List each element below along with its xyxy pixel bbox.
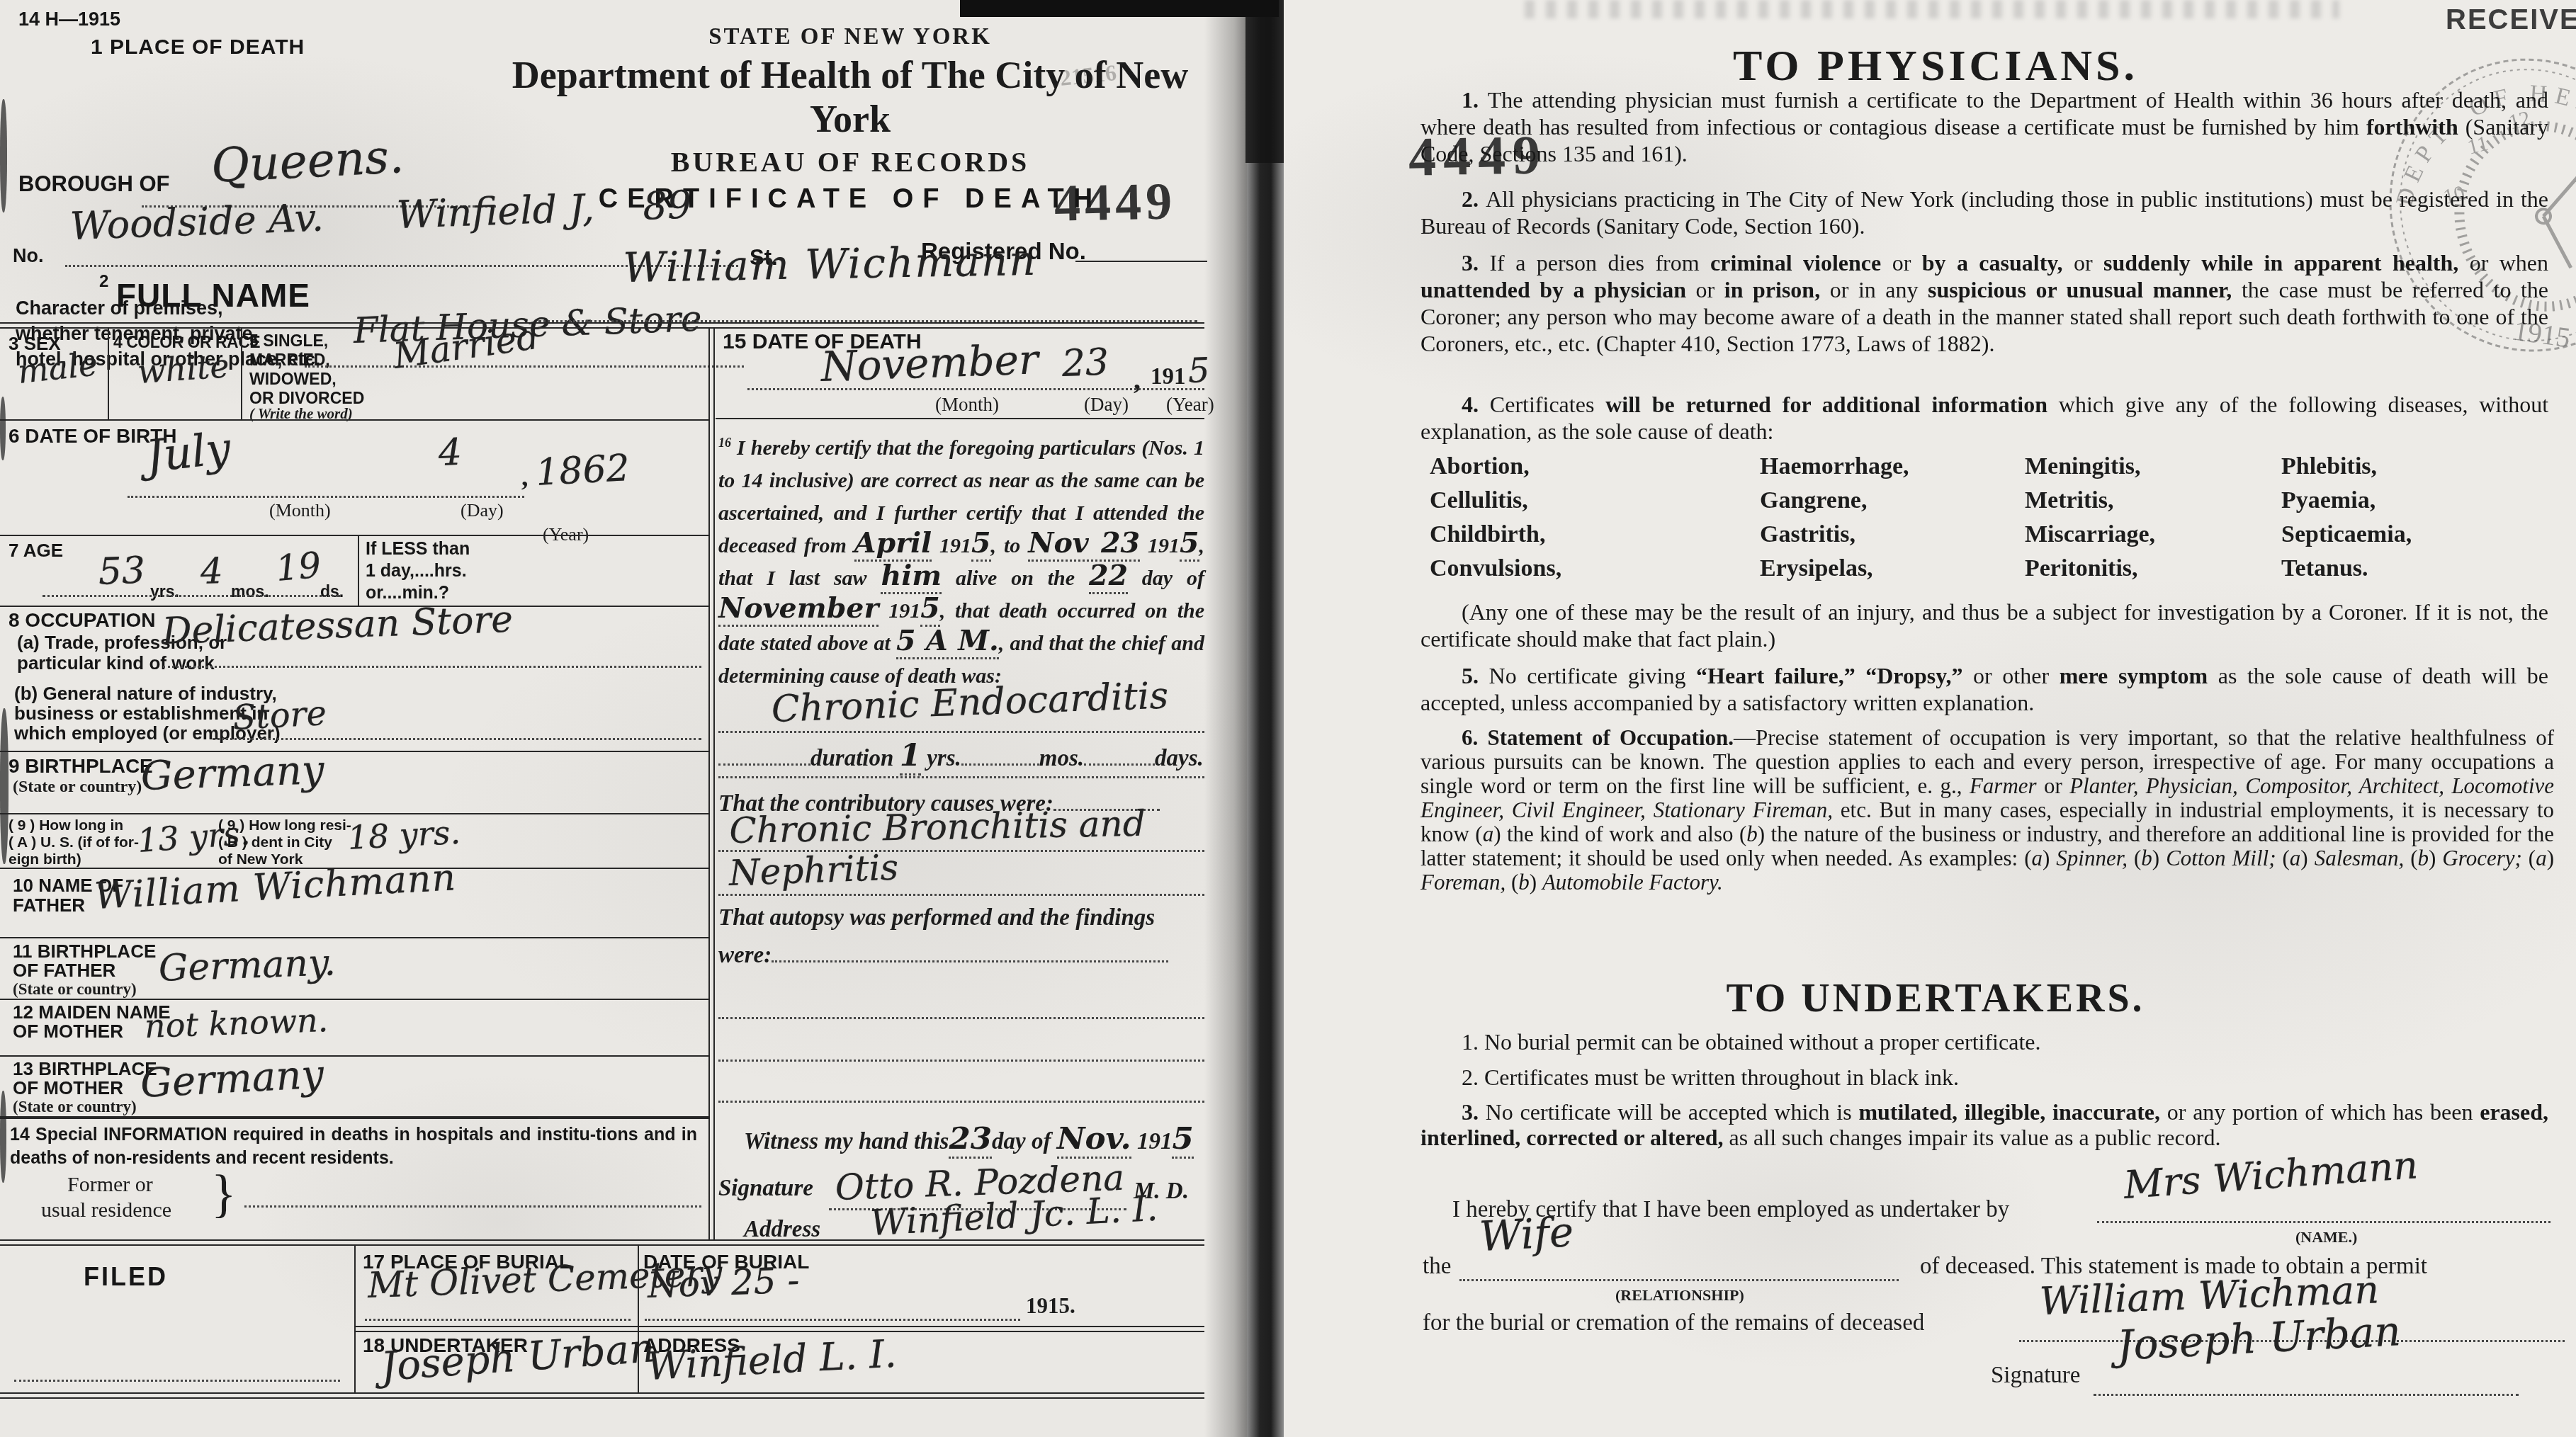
- rule-line: [645, 1319, 1020, 1321]
- rule-line: [128, 496, 524, 498]
- address-label: Address: [744, 1217, 820, 1243]
- contributory-value-2: Nephritis: [728, 847, 899, 894]
- rule-line: [354, 1326, 1204, 1332]
- rule-line: [163, 666, 701, 668]
- witness-month-value: Nov.: [1057, 1120, 1131, 1159]
- rule-line: [244, 1205, 701, 1208]
- disease-item: Erysipelas,: [1760, 555, 1873, 582]
- witness-191: 191: [1137, 1129, 1173, 1154]
- dot-leader: [961, 742, 1039, 766]
- disease-item: Gastritis,: [1760, 521, 1855, 548]
- occupation-label: 8 OCCUPATION: [9, 609, 155, 632]
- dob-month-note: (Month): [269, 500, 331, 521]
- cell-divider: [358, 535, 359, 606]
- residence-us-label: ( 9 ) How long in ( A ) U. S. (if of for…: [9, 817, 139, 868]
- undertakers-item-1: 1. No burial permit can be obtained with…: [1420, 1028, 2548, 1055]
- borough-value: Queens.: [210, 129, 405, 193]
- employ-signature-label: Signature: [1991, 1363, 2080, 1389]
- father-value: William Wichmann: [94, 856, 457, 918]
- duration-yrs: yrs.: [927, 746, 961, 771]
- mother-birthplace-value: Germany: [140, 1052, 325, 1107]
- instructions-page: 4449 RECEIVED DEPT. OF HEALTH 11 12 10 1…: [1284, 0, 2576, 1437]
- date-of-death-month: November: [820, 335, 1039, 391]
- disease-item: Tetanus.: [2281, 555, 2368, 582]
- filed-label: FILED: [84, 1262, 168, 1292]
- age-months-value: 4: [200, 550, 224, 592]
- borough-label: BOROUGH OF: [18, 171, 170, 197]
- dot-leader: [718, 742, 810, 766]
- scan-artifact-bar: [960, 0, 1279, 17]
- employ-the-text: the: [1423, 1254, 1451, 1280]
- fullname-sup: 2: [99, 272, 108, 292]
- contributory-value-1: Chronic Bronchitis and: [729, 803, 1146, 851]
- column-divider: [708, 327, 715, 1241]
- age-if-less-label: If LESS than 1 day,....hrs. or....min.?: [366, 538, 470, 604]
- duration-mos: mos.: [1039, 746, 1084, 771]
- dob-day-value: 4: [438, 431, 463, 475]
- rule-line: [1459, 1279, 1899, 1281]
- residence-ny-value: 18 yrs.: [346, 813, 461, 857]
- mother-birthplace-label: 13 BIRTHPLACE OF MOTHER: [13, 1060, 157, 1098]
- witness-pre: Witness my hand this: [744, 1129, 949, 1154]
- father-birthplace-label: 11 BIRTHPLACE OF FATHER: [13, 942, 156, 980]
- physicians-paragraph-4: 4. Certificates will be returned for add…: [1420, 391, 2548, 445]
- disease-item: Metritis,: [2025, 487, 2114, 514]
- dot-leader: [772, 939, 1168, 962]
- rule-line: [0, 751, 708, 752]
- dod-month-note: (Month): [935, 394, 999, 416]
- age-yrs-label: yrs.: [150, 582, 179, 601]
- dob-comma: ,: [521, 462, 529, 493]
- fullname-label: FULL NAME: [116, 276, 310, 314]
- rule-line: [718, 894, 1204, 896]
- header-state: STATE OF NEW YORK: [496, 24, 1204, 50]
- form-code: 14 H—1915: [18, 8, 120, 30]
- scan-artifact: [0, 397, 6, 460]
- physicians-paren-note: (Any one of these may be the result of a…: [1420, 598, 2548, 652]
- fullname-value: William Wichmann: [623, 237, 1037, 292]
- former-residence-label-1: Former or: [67, 1173, 153, 1197]
- disease-item: Peritonitis,: [2025, 555, 2138, 582]
- age-label: 7 AGE: [9, 540, 63, 562]
- age-mos-label: mos.: [231, 582, 269, 601]
- scan-artifact: [0, 99, 7, 212]
- physicians-paragraph-5: 5. No certificate giving “Heart failure,…: [1420, 662, 2548, 716]
- dob-month-value: July: [143, 422, 233, 482]
- disease-item: Childbirth,: [1430, 521, 1545, 548]
- date-of-burial-year: 1915.: [1026, 1293, 1075, 1319]
- disease-item: Pyaemia,: [2281, 487, 2376, 514]
- undertakers-item-2: 2. Certificates must be written througho…: [1420, 1064, 2548, 1091]
- rule-line: [0, 1116, 708, 1119]
- residence-ny-label: ( 9 ) How long resi- ( B ) dent in City …: [218, 817, 351, 868]
- scan-artifact: [0, 708, 9, 864]
- date-of-burial-value: Nov 25 -: [647, 1260, 800, 1306]
- age-years-value: 53: [98, 550, 146, 593]
- employer-name-value: Mrs Wichmann: [2123, 1142, 2419, 1208]
- gutter-shadow-top: [1245, 0, 1285, 163]
- field-place-of-death-label: 1 PLACE OF DEATH: [91, 35, 305, 59]
- disease-item: Meningitis,: [2025, 453, 2140, 480]
- cell-divider: [108, 327, 109, 419]
- birthplace-value: Germany: [140, 747, 325, 800]
- physicians-paragraph-6: 6. Statement of Occupation.—Precise stat…: [1420, 726, 2554, 894]
- rule-line: [365, 1319, 631, 1321]
- rule-line: [0, 937, 708, 938]
- autopsy-line-1: That autopsy was performed and the findi…: [718, 905, 1155, 931]
- employ-line3-text: for the burial or cremation of the remai…: [1423, 1310, 1924, 1336]
- marital-label: 5 SINGLE, MARRIED, WIDOWED, OR DIVORCED: [249, 331, 364, 408]
- father-birthplace-value: Germany.: [158, 941, 337, 990]
- disease-item: Phlebitis,: [2281, 453, 2377, 480]
- rule-line: [0, 1392, 1204, 1399]
- dob-day-note: (Day): [461, 500, 504, 521]
- rule-line: [305, 365, 744, 368]
- rule-line: [2094, 1394, 2519, 1396]
- disease-item: Convulsions,: [1430, 555, 1561, 582]
- birthplace-label: 9 BIRTHPLACE: [9, 755, 153, 778]
- rule-line: [718, 1017, 1204, 1019]
- rule-line: [2097, 1221, 2550, 1223]
- rule-line: [0, 535, 708, 536]
- scanned-death-certificate: 14 H—1915 1 PLACE OF DEATH STATE OF NEW …: [0, 0, 2576, 1437]
- rule-line: [718, 1060, 1204, 1062]
- duration-line: duration 1 yrs.mos.days.: [718, 742, 1204, 772]
- offset-print-smudge: [1525, 0, 2339, 18]
- signature-label: Signature: [718, 1176, 813, 1202]
- undertakers-title: TO UNDERTAKERS.: [1461, 976, 2410, 1021]
- dod-day-note: (Day): [1084, 394, 1129, 416]
- age-days-value: 19: [274, 545, 322, 589]
- mother-birthplace-note: (State or country): [13, 1098, 137, 1116]
- age-ds-label: ds.: [320, 582, 344, 601]
- rule-line: [14, 1380, 340, 1382]
- disease-item: Abortion,: [1430, 453, 1530, 480]
- sex-value: male: [16, 344, 99, 391]
- disease-item: Septicaemia,: [2281, 521, 2412, 548]
- occupation-b-value: Store: [232, 693, 327, 738]
- rule-line: [0, 813, 708, 814]
- race-value: white: [136, 346, 230, 391]
- disease-item: Miscarriage,: [2025, 521, 2155, 548]
- disease-item: Gangrene,: [1760, 487, 1867, 514]
- registered-number-stamp: 4449: [1053, 172, 1176, 234]
- rule-line: [0, 322, 1204, 329]
- physicians-title: TO PHYSICIANS.: [1461, 41, 2410, 91]
- physician-certification-paragraph: 16 I hereby certify that the foregoing p…: [718, 426, 1204, 693]
- witness-line: Witness my hand this23day of Nov. 1915: [744, 1128, 1194, 1155]
- undertakers-item-3: 3. No certificate will be accepted which…: [1420, 1099, 2548, 1150]
- birthplace-note: (State or country): [13, 778, 142, 797]
- date-of-death-printed-191: 191: [1151, 364, 1186, 390]
- physicians-paragraph-1: 1. The attending physician must furnish …: [1420, 86, 2548, 167]
- former-residence-brace: }: [211, 1164, 237, 1225]
- rule-line: [718, 776, 1204, 778]
- duration-years-value: 1: [900, 737, 921, 776]
- physicians-paragraph-2: 2. All physicians practicing in The City…: [1420, 186, 2548, 239]
- rule-line: [718, 731, 1204, 733]
- witness-mid: day of: [992, 1129, 1051, 1154]
- scan-artifact: [0, 1091, 6, 1183]
- dob-year-value: 1862: [535, 447, 631, 494]
- street-no-label: No.: [13, 245, 44, 267]
- special-information-note: 14 Special INFORMATION required in death…: [10, 1123, 697, 1170]
- rule-line: [718, 1101, 1204, 1103]
- witness-year-digit: 5: [1172, 1120, 1193, 1159]
- occupation-b-label-2: business or establishment in: [14, 703, 268, 725]
- rule-line: [0, 419, 708, 421]
- disease-item: Haemorrhage,: [1760, 453, 1909, 480]
- employ-relationship-note: (RELATIONSHIP): [1615, 1286, 1744, 1305]
- rule-line: [747, 388, 1204, 390]
- rule-line: [0, 1239, 1204, 1246]
- rule-line: [716, 418, 1204, 419]
- page-gutter: [1247, 0, 1284, 1437]
- date-of-death-day: 23: [1061, 341, 1109, 385]
- duration-label: duration: [810, 746, 893, 771]
- rule-line: [0, 999, 708, 1000]
- rule-line: [43, 595, 340, 597]
- employ-relationship-value: Wife: [1478, 1208, 1574, 1261]
- autopsy-were-label: were:: [718, 943, 772, 968]
- rule-line: [1075, 261, 1207, 262]
- certificate-page: 14 H—1915 1 PLACE OF DEATH STATE OF NEW …: [0, 0, 1254, 1437]
- employ-name-note: (NAME.): [2295, 1228, 2357, 1246]
- dot-leader: [1084, 742, 1155, 766]
- cell-divider: [241, 327, 242, 419]
- duration-days: days.: [1155, 746, 1204, 771]
- rule-line: [0, 1055, 708, 1057]
- certification-sup: 16: [718, 436, 731, 450]
- witness-day-value: 23: [949, 1120, 992, 1159]
- physicians-paragraph-3: 3. If a person dies from criminal violen…: [1420, 249, 2548, 357]
- former-residence-label-2: usual residence: [41, 1198, 171, 1222]
- date-of-death-comma: ,: [1134, 363, 1141, 396]
- father-birthplace-note: (State or country): [13, 980, 137, 999]
- occupation-a-label-2: particular kind of work: [17, 652, 215, 674]
- mother-value: not known.: [144, 1001, 329, 1045]
- autopsy-line-2: were:: [718, 939, 1168, 969]
- disease-item: Cellulitis,: [1430, 487, 1528, 514]
- cell-divider: [354, 1245, 356, 1394]
- rule-line: [213, 738, 701, 740]
